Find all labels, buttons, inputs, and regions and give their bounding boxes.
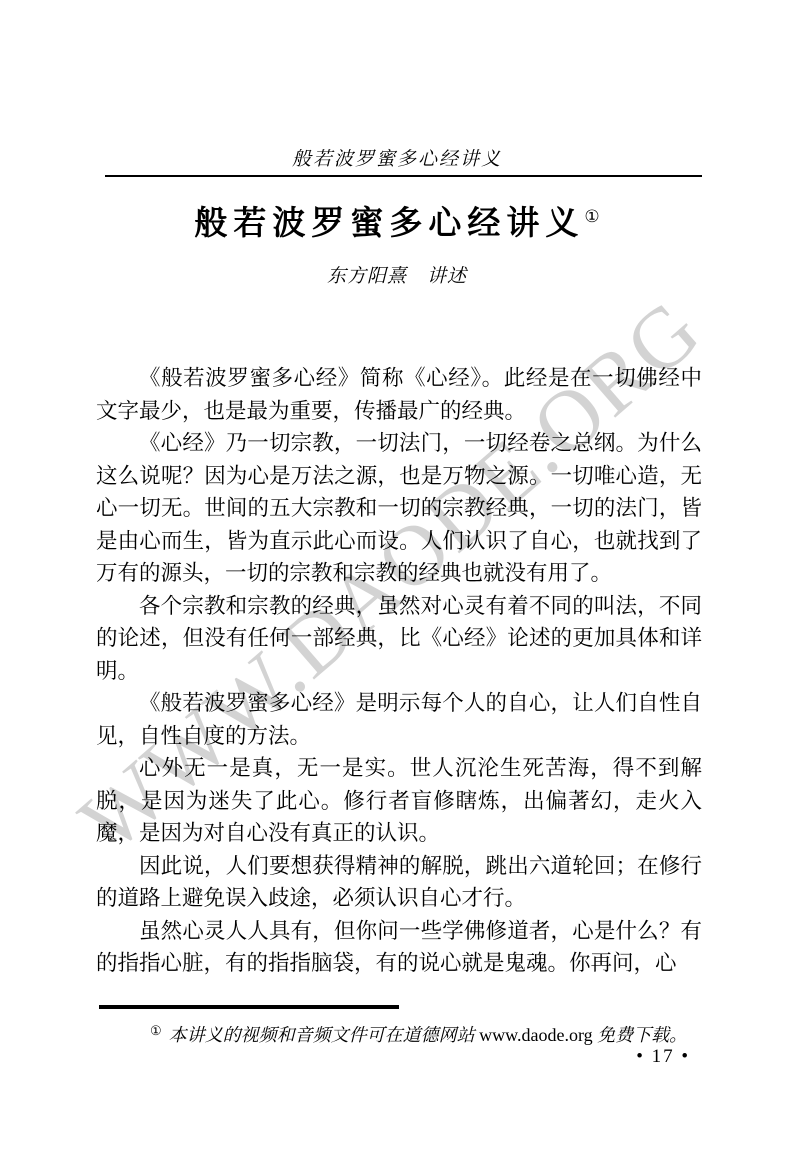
paragraph-5: 心外无一是真，无一是实。世人沉沦生死苦海，得不到解脱，是因为迷失了此心。修行者盲… — [96, 752, 702, 850]
book-page: WWW.DAODE.ORG 般若波罗蜜多心经讲义 般若波罗蜜多心经讲义① 东方阳… — [0, 0, 794, 1151]
paragraph-2: 《心经》乃一切宗教，一切法门，一切经卷之总纲。为什么这么说呢？因为心是万法之源，… — [96, 427, 702, 590]
byline: 东方阳熹 讲述 — [0, 261, 794, 288]
page-content: 般若波罗蜜多心经讲义 般若波罗蜜多心经讲义① 东方阳熹 讲述 《般若波罗蜜多心经… — [0, 0, 794, 1151]
header-rule — [105, 175, 702, 177]
paragraph-6: 因此说，人们要想获得精神的解脱，跳出六道轮回；在修行的道路上避免误入歧途，必须认… — [96, 850, 702, 915]
footnote-ref-marker: ① — [584, 207, 599, 226]
paragraph-3: 各个宗教和宗教的经典，虽然对心灵有着不同的叫法，不同的论述，但没有任何一部经典，… — [96, 590, 702, 688]
page-number: • 17 • — [636, 1046, 690, 1068]
footnote-separator-rule — [99, 1005, 399, 1009]
paragraph-4: 《般若波罗蜜多心经》是明示每个人的自心，让人们自性自见，自性自度的方法。 — [96, 687, 702, 752]
footnote-text-suffix: 免费下载。 — [593, 1025, 688, 1045]
page-title-text: 般若波罗蜜多心经讲义 — [194, 206, 584, 242]
footnote-url: www.daode.org — [479, 1025, 592, 1045]
paragraph-7: 虽然心灵人人具有，但你问一些学佛修道者，心是什么？有的指指心脏，有的指指脑袋，有… — [96, 915, 702, 980]
paragraph-1: 《般若波罗蜜多心经》简称《心经》。此经是在一切佛经中文字最少，也是最为重要，传播… — [96, 362, 702, 427]
running-head: 般若波罗蜜多心经讲义 — [0, 144, 794, 171]
footnote-text: 本讲义的视频和音频文件可在道德网站 — [169, 1025, 480, 1045]
body-text: 《般若波罗蜜多心经》简称《心经》。此经是在一切佛经中文字最少，也是最为重要，传播… — [96, 362, 702, 984]
footnote-marker: ① — [150, 1023, 162, 1038]
page-title: 般若波罗蜜多心经讲义① — [0, 197, 794, 244]
footnote: ①本讲义的视频和音频文件可在道德网站 www.daode.org 免费下载。 — [150, 1019, 710, 1047]
